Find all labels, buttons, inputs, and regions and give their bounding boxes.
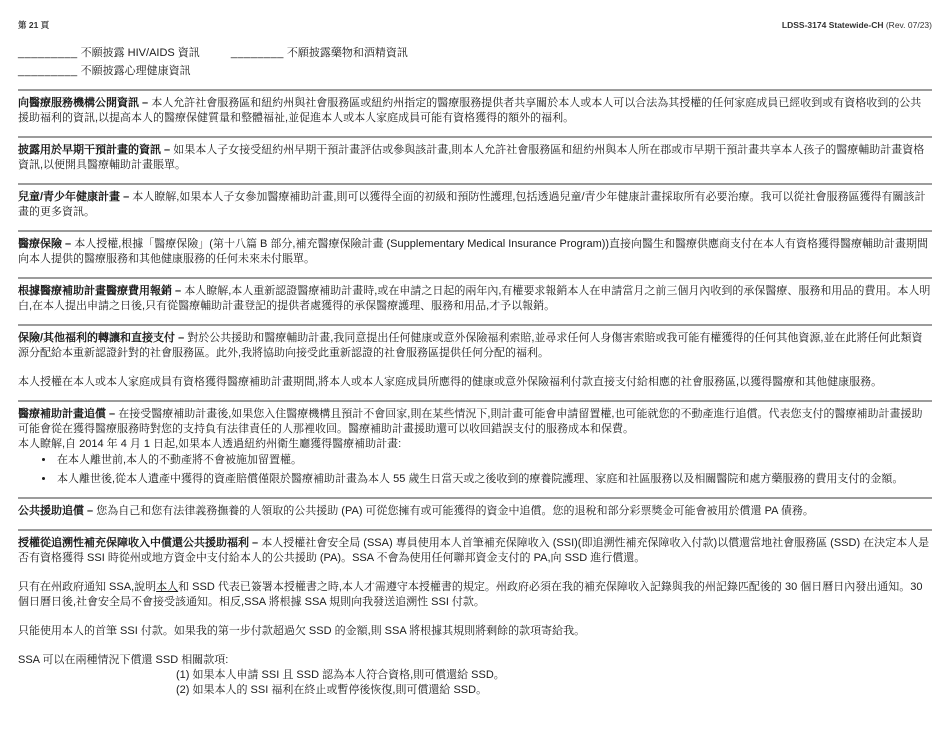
form-revision: (Rev. 07/23) bbox=[883, 20, 932, 30]
section-divider bbox=[18, 324, 932, 326]
disclosure-label-drug-alcohol: 不願披露藥物和酒精資訊 bbox=[287, 47, 408, 59]
section-divider bbox=[18, 183, 932, 185]
disclosure-row-1: _________ 不願披露 HIV/AIDS 資訊 ________ 不願披露… bbox=[18, 46, 932, 61]
section-medicare: 醫療保險 – 本人授權,根據「醫療保險」(第十八篇 B 部分,補充醫療保險計畫 … bbox=[18, 237, 932, 267]
section-divider bbox=[18, 277, 932, 279]
section-insurance-assignment: 保險/其他福利的轉讓和直接支付 – 對於公共援助和醫療輔助計畫,我同意提出任何健… bbox=[18, 331, 932, 361]
section-heading: 保險/其他福利的轉讓和直接支付 – bbox=[18, 332, 184, 344]
document-page: 第 21 頁 LDSS-3174 Statewide-CH (Rev. 07/2… bbox=[0, 0, 950, 698]
initials-blank-hiv[interactable]: _________ bbox=[18, 47, 78, 59]
section-heading: 公共援助追償 – bbox=[18, 505, 93, 517]
page-header: 第 21 頁 LDSS-3174 Statewide-CH (Rev. 07/2… bbox=[18, 20, 932, 30]
ssa-first-payment-paragraph: 只能使用本人的首筆 SSI 付款。如果我的第一步付款超過欠 SSD 的金額,則 … bbox=[18, 624, 932, 639]
ssa-two-cases-intro: SSA 可以在兩種情況下償還 SSD 相關款項: bbox=[18, 653, 932, 668]
section-body: 您為自己和您有法律義務撫養的人領取的公共援助 (PA) 可從您擁有或可能獲得的資… bbox=[93, 505, 814, 517]
ssa-notice-paragraph: 只有在州政府通知 SSA,說明本人和 SSD 代表已簽署本授權書之時,本人才需遵… bbox=[18, 580, 932, 610]
section-medicaid-recovery: 醫療補助計畫追償 – 在接受醫療補助計畫後,如果您入住醫療機構且預計不會回家,則… bbox=[18, 407, 932, 437]
initials-blank-mental-health[interactable]: _________ bbox=[18, 65, 78, 77]
section-body: 本人授權,根據「醫療保險」(第十八篇 B 部分,補充醫療保險計畫 (Supple… bbox=[18, 238, 928, 265]
disclosure-row-2: _________ 不願披露心理健康資訊 bbox=[18, 64, 932, 79]
section-heading: 醫療保險 – bbox=[18, 238, 71, 250]
section-divider bbox=[18, 89, 932, 91]
section-ssi-repayment-authorization: 授權從追溯性補充保障收入中償還公共援助福利 – 本人授權社會安全局 (SSA) … bbox=[18, 536, 932, 566]
ssa-case-item-2: (2) 如果本人的 SSI 福利在終止或暫停後恢復,則可償還給 SSD。 bbox=[176, 683, 932, 698]
section-body: 本人允許社會服務區和紐約州與社會服務區或紐約州指定的醫療服務提供者共享關於本人或… bbox=[18, 97, 921, 124]
section-pa-recovery: 公共援助追償 – 您為自己和您有法律義務撫養的人領取的公共援助 (PA) 可從您… bbox=[18, 504, 932, 519]
section-release-to-providers: 向醫療服務機構公開資訊 – 本人允許社會服務區和紐約州與社會服務區或紐約州指定的… bbox=[18, 96, 932, 126]
section-early-intervention: 披露用於早期干預計畫的資訊 – 如果本人子女接受紐約州早期干預計畫評估或參與該計… bbox=[18, 143, 932, 173]
section-divider bbox=[18, 400, 932, 402]
bullet-item: 本人離世後,從本人遺產中獲得的資產賠償僅限於醫療補助計畫為本人 55 歲生日當天… bbox=[55, 472, 932, 487]
disclosure-label-hiv: 不願披露 HIV/AIDS 資訊 bbox=[81, 47, 200, 59]
section-heading: 向醫療服務機構公開資訊 – bbox=[18, 97, 148, 109]
bullet-item: 在本人離世前,本人的不動產將不會被施加留置權。 bbox=[55, 453, 932, 468]
form-id: LDSS-3174 Statewide-CH bbox=[782, 20, 884, 30]
section-medicaid-reimbursement: 根據醫療補助計畫醫療費用報銷 – 本人瞭解,本人重新認證醫療補助計畫時,或在申請… bbox=[18, 284, 932, 314]
disclosure-options: _________ 不願披露 HIV/AIDS 資訊 ________ 不願披露… bbox=[18, 46, 932, 79]
section-heading: 授權從追溯性補充保障收入中償還公共援助福利 – bbox=[18, 537, 258, 549]
medicaid-recovery-bullet-list: 在本人離世前,本人的不動產將不會被施加留置權。 本人離世後,從本人遺產中獲得的資… bbox=[18, 453, 932, 487]
section-heading: 根據醫療補助計畫醫療費用報銷 – bbox=[18, 285, 181, 297]
section-body: 在接受醫療補助計畫後,如果您入住醫療機構且預計不會回家,則在某些情況下,則計畫可… bbox=[18, 408, 922, 435]
medicaid-recovery-intro: 本人瞭解,自 2014 年 4 月 1 日起,如果本人透過紐約州衛生廳獲得醫療補… bbox=[18, 437, 932, 452]
section-heading: 醫療補助計畫追償 – bbox=[18, 408, 115, 420]
ssa-notice-text: 只有在州政府通知 SSA,說明 bbox=[18, 581, 156, 593]
section-divider bbox=[18, 136, 932, 138]
ssa-notice-underlined-text: 本人 bbox=[156, 581, 178, 593]
section-body: 本人瞭解,如果本人子女參加醫療補助計畫,則可以獲得全面的初級和預防性護理,包括透… bbox=[18, 191, 926, 218]
page-number: 第 21 頁 bbox=[18, 20, 49, 30]
form-id-revision: LDSS-3174 Statewide-CH (Rev. 07/23) bbox=[782, 20, 932, 30]
initials-blank-drug-alcohol[interactable]: ________ bbox=[231, 47, 284, 59]
section-divider bbox=[18, 497, 932, 499]
section-heading: 兒童/青少年健康計畫 – bbox=[18, 191, 129, 203]
insurance-assignment-extra-paragraph: 本人授權在本人或本人家庭成員有資格獲得醫療補助計畫期間,將本人或本人家庭成員所應… bbox=[18, 375, 932, 390]
section-divider bbox=[18, 230, 932, 232]
ssa-case-item-1: (1) 如果本人申請 SSI 且 SSD 認為本人符合資格,則可償還給 SSD。 bbox=[176, 668, 932, 683]
section-heading: 披露用於早期干預計畫的資訊 – bbox=[18, 144, 170, 156]
section-child-teen-health: 兒童/青少年健康計畫 – 本人瞭解,如果本人子女參加醫療補助計畫,則可以獲得全面… bbox=[18, 190, 932, 220]
disclosure-label-mental-health: 不願披露心理健康資訊 bbox=[81, 65, 191, 77]
section-divider bbox=[18, 529, 932, 531]
